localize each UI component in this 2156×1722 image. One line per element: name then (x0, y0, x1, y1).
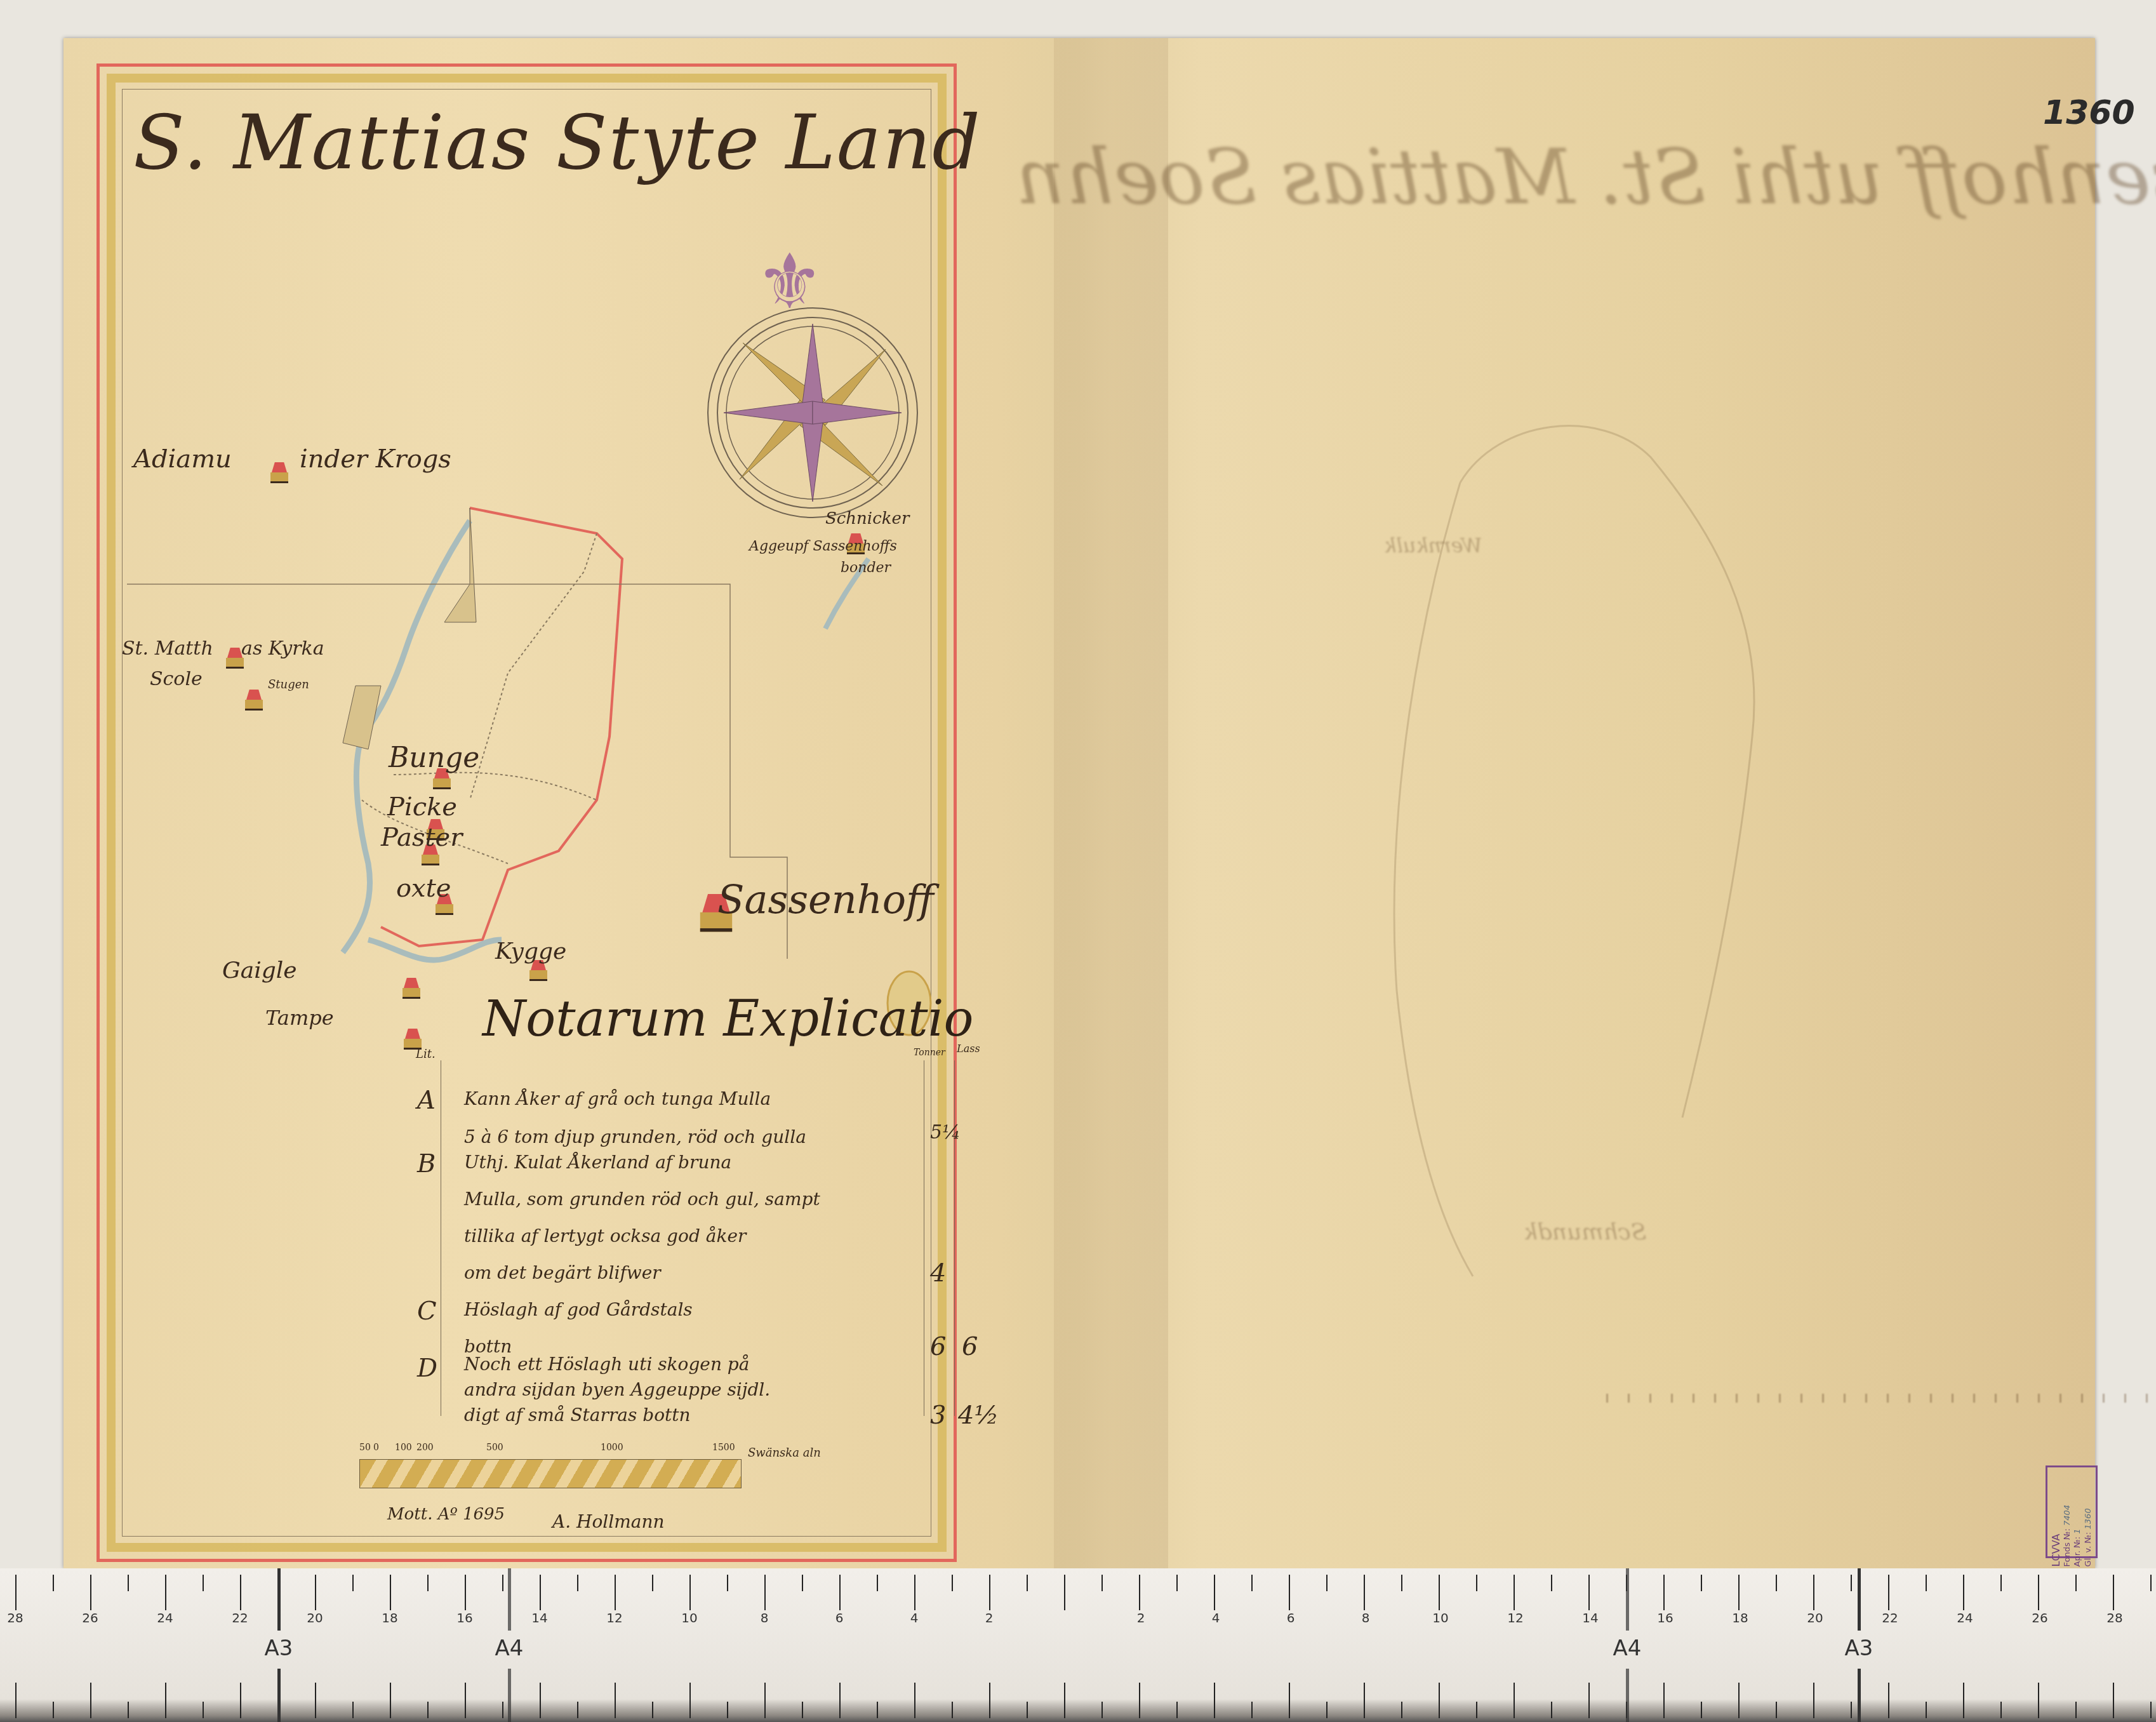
survey-date: Mott. Aº 1695 (387, 1505, 505, 1524)
scale-unit: Swänska aln (748, 1446, 821, 1460)
ruler-format-label: A4 (1613, 1636, 1642, 1661)
ghost-title-bleedthrough: Wernkuln van Sassenhoff uthi St. Mattias… (1016, 133, 2156, 222)
ruler-format-label: A4 (495, 1636, 524, 1661)
place-label: Tampe (265, 1006, 334, 1030)
house-icon (268, 462, 291, 481)
place-label: Paster (381, 823, 462, 852)
place-label: Kygge (495, 938, 566, 964)
place-label: oxte (396, 874, 451, 903)
ghost-scale-bar (1606, 1394, 2156, 1403)
place-label: Adiamu (133, 444, 232, 474)
place-label: Aggeupf Sassenhoffs (749, 538, 897, 554)
scan-ruler: 28 26 24 22 20 18 16 14 12 10 8 6 4 2 2 … (0, 1568, 2156, 1722)
folio-number: 1360 (2043, 94, 2135, 132)
place-label: as Kyrka (241, 637, 324, 660)
place-label: Gaigle (222, 958, 297, 984)
place-label: Bunge (389, 742, 479, 774)
legend-col-header: Tonner (914, 1048, 945, 1058)
place-label: St. Matth (122, 637, 213, 660)
place-label: bonder (841, 560, 891, 576)
ruler-format-label: A3 (265, 1636, 293, 1661)
house-icon (400, 978, 423, 997)
place-label: Scole (150, 668, 203, 690)
legend-col-header: Lass (957, 1043, 980, 1055)
ghost-boundary (1270, 292, 1968, 1308)
scale-bar (359, 1459, 742, 1488)
place-label: Stugen (268, 678, 309, 691)
sheet-fold (1054, 38, 1168, 1568)
place-label: Schnicker (825, 509, 909, 528)
legend-heading: Notarum Explicatio (482, 991, 974, 1048)
house-icon (401, 1029, 424, 1048)
place-label: Picke (387, 792, 457, 822)
legend-table: Lit. Tonner Lass A Kann Åker af grå och … (441, 1060, 994, 1416)
map-sheet: S. Mattias Styte Land ⚜ (63, 38, 2095, 1568)
place-label: inder Krogs (300, 444, 451, 474)
surveyor-signature: A. Hollmann (552, 1511, 665, 1532)
stamp-institution: LCVVA (2050, 1478, 2063, 1566)
place-label-sassenhoff: Sassenhoff (717, 876, 934, 923)
archive-stamp: LCVVA Fonds №: 7404 Apr. №: 1 Gl. v. №: … (2046, 1465, 2098, 1558)
ruler-format-label: A3 (1845, 1636, 1873, 1661)
legend-col-header: Lit. (416, 1048, 436, 1061)
house-icon (243, 690, 265, 709)
